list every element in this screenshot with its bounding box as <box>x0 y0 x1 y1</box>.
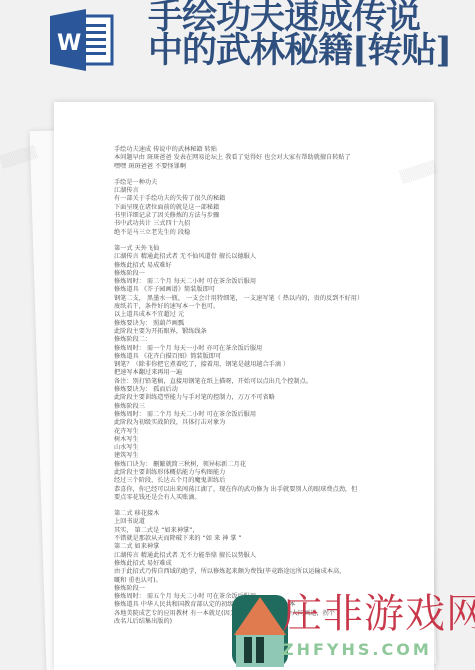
word-document-icon: W <box>48 8 116 72</box>
document-line: 修炼口诀为： 删繁就简三秋树，领异标新二月花 <box>114 461 424 469</box>
document-line: 花卉写生 <box>114 428 424 436</box>
document-line: 其实， 第二式是 “如来神掌”， <box>114 527 424 535</box>
document-line: 修炼阶段二： <box>114 336 424 344</box>
paragraph-gap <box>114 237 424 245</box>
document-line: 修炼道具 《芥子园画谱》简装版即可 <box>114 286 424 294</box>
document-line: 有一部关于手绘功夫的失传了很久的秘籍 <box>114 195 424 203</box>
svg-text:W: W <box>57 31 81 56</box>
document-line: 嘿嘿 斑斑爸爸 不要怪罪啊 <box>114 163 424 171</box>
document-line: 修炼周时： 需二个月 每天二小时 可在茶余饭后服用 <box>114 411 424 419</box>
paragraph-gap <box>114 171 424 179</box>
title-line-1: 手绘功夫速成传说 <box>148 0 451 34</box>
document-line: 修炼此招式 易成难好 <box>114 262 424 270</box>
document-line: 修炼阶段一 <box>114 270 424 278</box>
page-title: 手绘功夫速成传说 中的武林秘籍[转贴] <box>148 0 451 68</box>
document-line: 要点零花钱还是会有人买账滴。 <box>114 494 424 502</box>
document-line: 树木写生 <box>114 436 424 444</box>
paragraph-gap <box>114 502 424 510</box>
document-line: 恭喜你，你已经可以出来闯荡江湖了，现在你的武功修为 出手就要别人的眼球费点劲，但 <box>114 486 424 494</box>
document-page: 手绘功夫速成 传说中的武林秘籍 转贴本问题早由 斑斑爸爸 发表在网易论坛上 我看… <box>54 102 434 670</box>
document-line: 江湖传言 精通此招式者 无不仙风道骨 擅长以德服人 <box>114 253 424 261</box>
site-brand-domain: ZHFYHS.COM <box>282 640 432 659</box>
document-line: 书中武功共计 三式四十九招 <box>114 220 424 228</box>
document-line: 山水写生 <box>114 444 424 452</box>
document-line: 下面呈现在诸位面前的就是这一部秘籍 <box>114 204 424 212</box>
document-line: 上回书说道 <box>114 518 424 526</box>
document-line: 此阶段为初级实战阶段，具体打击对象为 <box>114 419 424 427</box>
document-line: 由于此招式乃传自西域的绝学，所以修炼起来颇为费钱(毕竟路途远所以运输成本高， <box>114 568 424 576</box>
document-line: 绝不是马三立老先生的 段稳 <box>114 229 424 237</box>
document-line: 第二式 如来神掌 <box>114 543 424 551</box>
document-line: 钢笔二支， 黑墨水一瓶， 一支会计用特细笔， 一支速写笔（ 热以内的，贵的反到不… <box>114 295 424 303</box>
header: W 手绘功夫速成传说 中的武林秘籍[转贴] <box>0 0 475 95</box>
document-line: 手绘是一种功夫 <box>114 179 424 187</box>
document-line: 本问题早由 斑斑爸爸 发表在网易论坛上 我看了觉得好 也会对大家有帮助就擅自转贴… <box>114 154 424 162</box>
document-line: 经过三个阶段，长达五个月的魔鬼训练后 <box>114 477 424 485</box>
document-line: 此阶段主要训练造型能力与手对笔的控制力，万万不可省略 <box>114 394 424 402</box>
site-brand-name: 庄非游戏网 <box>282 592 475 636</box>
document-line: 修炼阶段三 <box>114 403 424 411</box>
document-line: 不错就是那款从天而降破下来的 “如 来 神 掌 ” <box>114 535 424 543</box>
document-line: 修炼道具 《花卉白描百图》简装版即可 <box>114 353 424 361</box>
document-line: 嘅和 重也认可)。 <box>114 577 424 585</box>
document-line: 修炼要诀为： 照葫芦画瓢 <box>114 320 424 328</box>
document-line: 备注：别打铅笔稿，直接用钢笔在纸上描呀，开始可以点出几个控制点。 <box>114 378 424 386</box>
document-line: 以上道具成本不宜超过 元 <box>114 311 424 319</box>
document-line: 修炼此招式 易好难成 <box>114 560 424 568</box>
document-line: 修炼周时： 需一个月 每天一小时 亦可在茶余饭后服用 <box>114 345 424 353</box>
document-line: 此阶段主要为开拓眼界，锻练线条 <box>114 328 424 336</box>
document-line: 第二式 移花接木 <box>114 510 424 518</box>
site-logo-icon <box>232 590 288 668</box>
document-line: 把速写本翻过来再用一遍 <box>114 369 424 377</box>
title-line-2: 中的武林秘籍[转贴] <box>148 34 451 68</box>
document-line: 江湖传言 精通此招式者 无不力能举鼎 擅长以势服人 <box>114 552 424 560</box>
document-line: 建筑写生 <box>114 452 424 460</box>
document-body: 手绘功夫速成 传说中的武林秘籍 转贴本问题早由 斑斑爸爸 发表在网易论坛上 我看… <box>114 146 424 626</box>
